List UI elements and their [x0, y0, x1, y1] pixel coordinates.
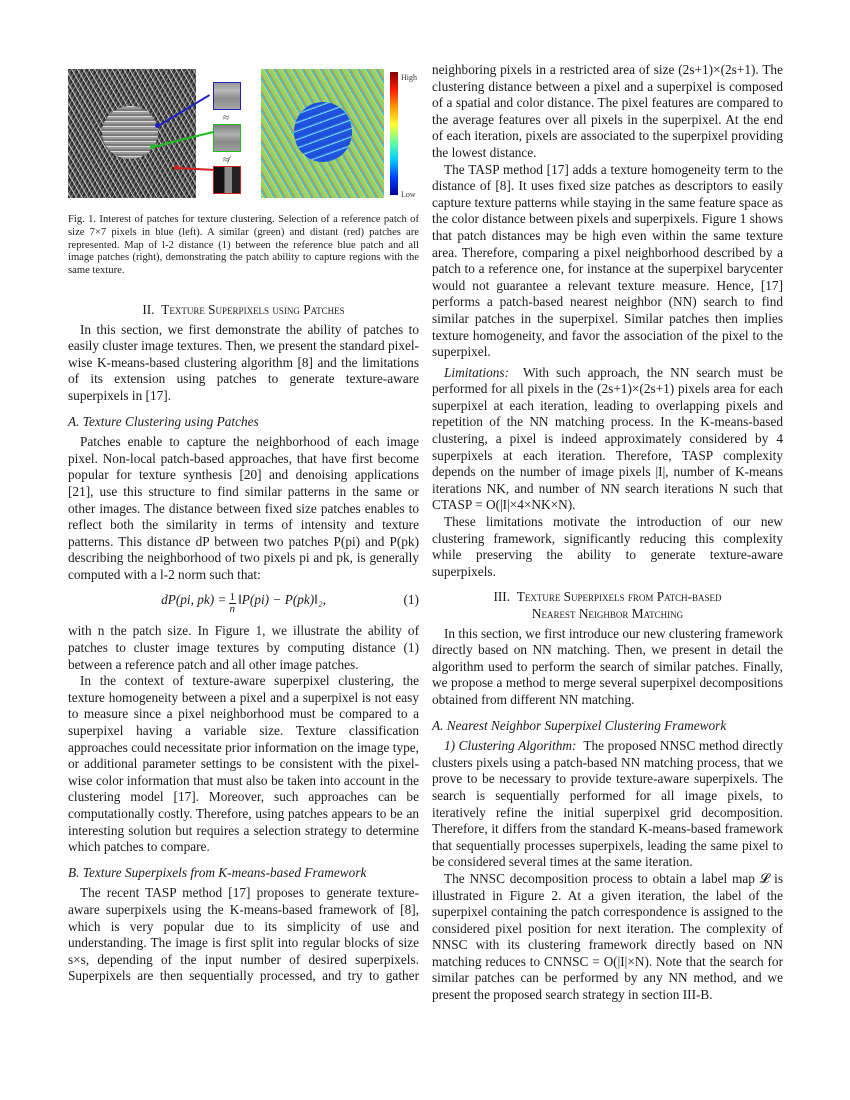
limitations-text: With such approach, the NN search must b…	[432, 365, 783, 513]
texture-disc-region	[102, 106, 158, 159]
section-3-number: III.	[493, 589, 510, 604]
subsection-2a-paragraph-3: In the context of texture-aware superpix…	[68, 673, 419, 856]
section-3-intro: In this section, we first introduce our …	[432, 626, 783, 709]
subsection-2b-heading: B. Texture Superpixels from K-means-base…	[68, 865, 419, 882]
clustering-algorithm-paragraph: 1) Clustering Algorithm: The proposed NN…	[432, 738, 783, 871]
subsection-2b-paragraph-1: The recent TASP method [17] proposes to …	[68, 885, 419, 985]
equation-number: (1)	[403, 592, 419, 609]
section-2-number: II.	[142, 302, 154, 317]
limitations-paragraph: Limitations: With such approach, the NN …	[432, 365, 783, 514]
colorbar	[390, 72, 398, 195]
decomposition-paragraph: The NNSC decomposition process to obtain…	[432, 871, 783, 1004]
left-column: ≈ ≉ High Low Fig. 1. Interest of patches…	[68, 62, 419, 985]
clustering-algorithm-text: The proposed NNSC method directly cluste…	[432, 738, 783, 869]
fraction-denominator: n	[230, 604, 236, 615]
clustering-algorithm-label: 1) Clustering Algorithm:	[444, 738, 576, 753]
subsection-2a-paragraph-1: Patches enable to capture the neighborho…	[68, 434, 419, 583]
figure-1-caption: Fig. 1. Interest of patches for texture …	[68, 214, 419, 278]
subsection-2b-paragraph-4: These limitations motivate the introduct…	[432, 514, 783, 580]
distance-heatmap	[261, 69, 384, 198]
equation-lhs: dP(pi, pk) =	[161, 592, 226, 615]
distant-patch-red	[213, 166, 241, 194]
colorbar-low-label: Low	[401, 187, 416, 204]
section-3-title-line-1: Texture Superpixels from Patch-based	[517, 589, 722, 604]
subsection-2b-paragraph-1-continued: neighboring pixels in a restricted area …	[432, 62, 783, 162]
subsection-3a-heading: A. Nearest Neighbor Superpixel Clusterin…	[432, 718, 783, 735]
reference-patch-blue	[213, 82, 241, 110]
similar-patch-green	[213, 124, 241, 152]
equation-rhs: ‖P(pi) − P(pk)‖₂,	[238, 592, 326, 615]
figure-1: ≈ ≉ High Low	[68, 62, 419, 206]
subsection-2a-paragraph-2: with n the patch size. In Figure 1, we i…	[68, 623, 419, 673]
texture-image	[68, 69, 196, 198]
section-2-intro: In this section, we first demonstrate th…	[68, 322, 419, 405]
subsection-2b-paragraph-2: The TASP method [17] adds a texture homo…	[432, 162, 783, 361]
right-column: neighboring pixels in a restricted area …	[432, 62, 783, 1004]
section-3-title-line-2: Nearest Neighbor Matching	[532, 606, 683, 621]
colorbar-high-label: High	[401, 70, 417, 87]
subsection-2a-heading: A. Texture Clustering using Patches	[68, 414, 419, 431]
heatmap-low-distance-region	[294, 102, 352, 162]
section-2-title: Texture Superpixels using Patches	[161, 302, 344, 317]
section-2-heading: II. Texture Superpixels using Patches	[68, 302, 419, 319]
limitations-label: Limitations:	[444, 365, 509, 380]
equation-1: dP(pi, pk) = 1 n ‖P(pi) − P(pk)‖₂, (1)	[68, 592, 419, 615]
section-3-heading: III. Texture Superpixels from Patch-base…	[432, 589, 783, 622]
equation-fraction: 1 n	[229, 592, 237, 615]
